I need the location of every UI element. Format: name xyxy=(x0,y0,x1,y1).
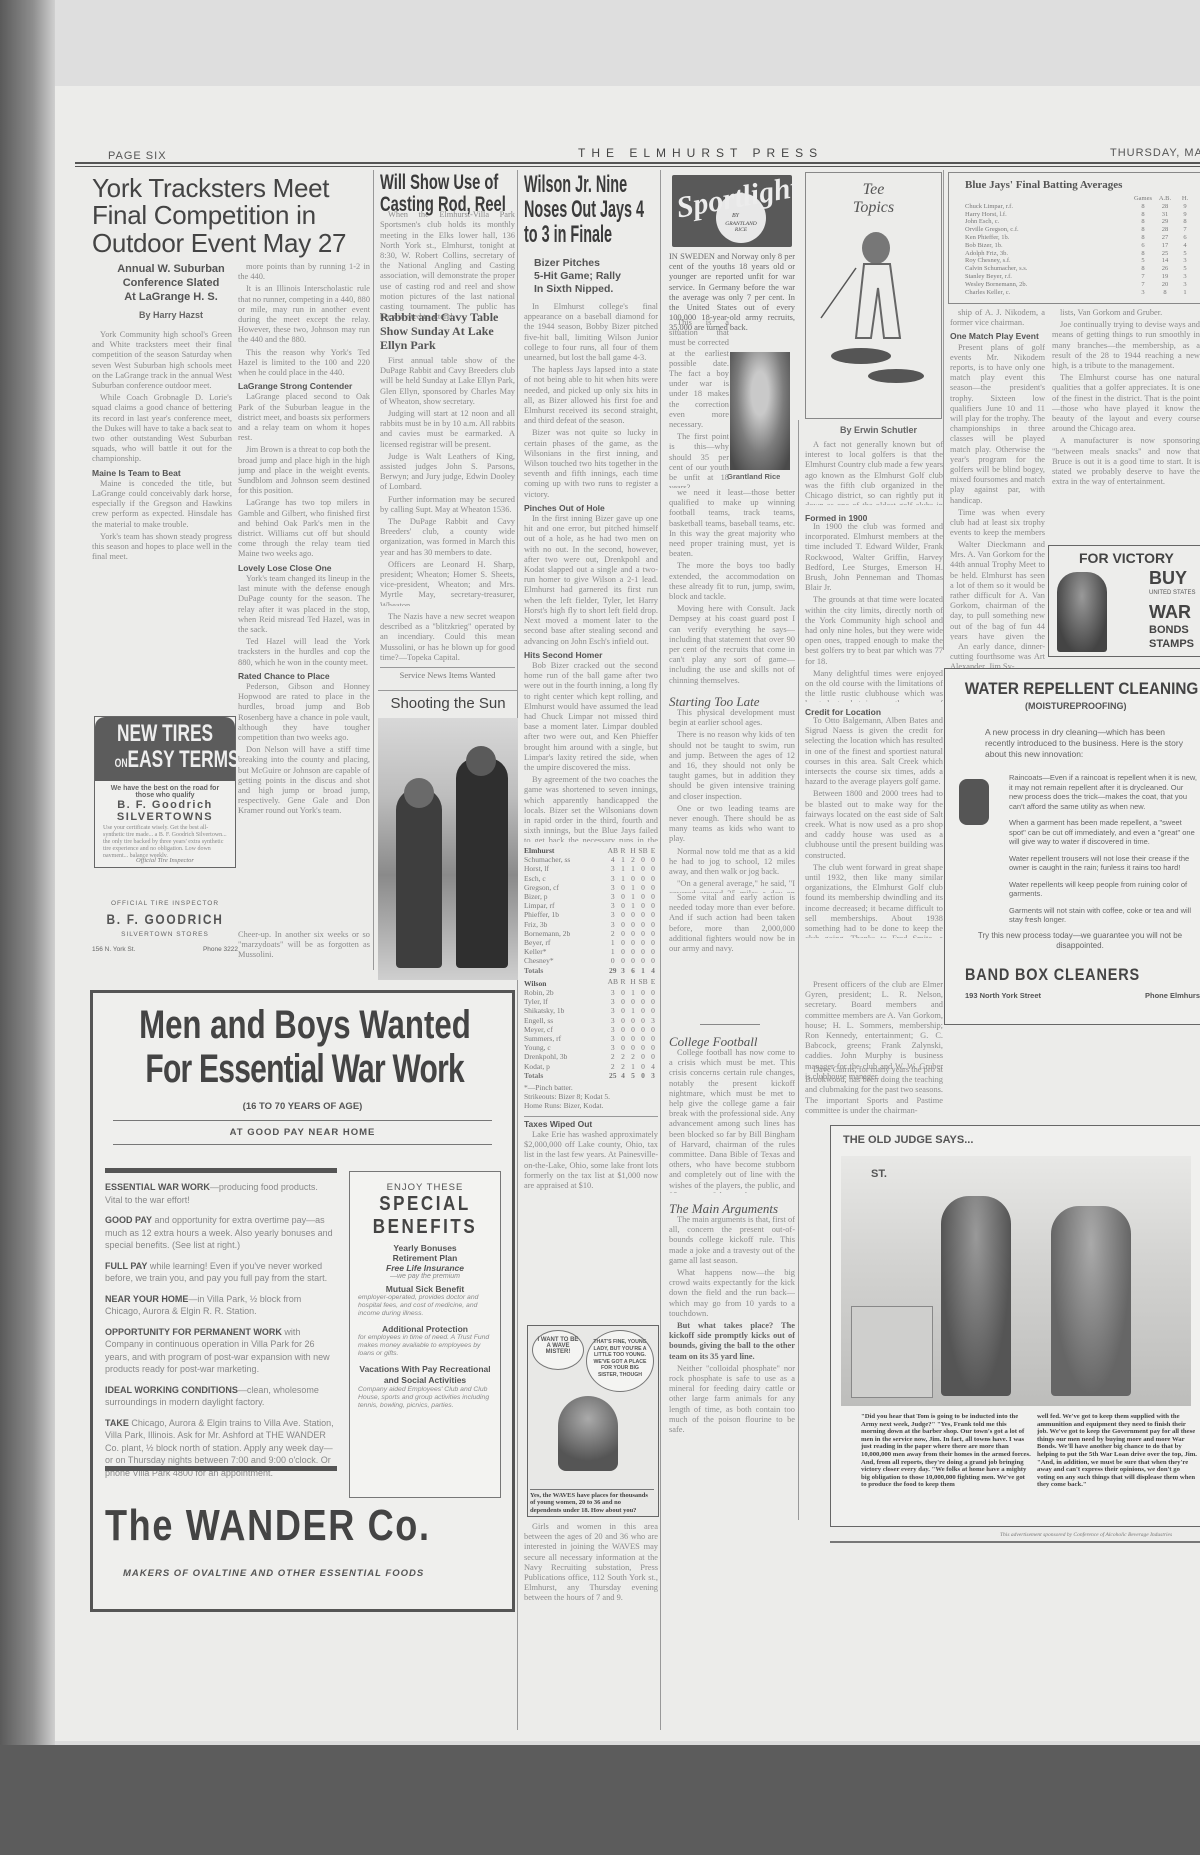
totals-label: Totals xyxy=(524,1071,608,1080)
stat-cell: 0 xyxy=(638,1006,648,1015)
old-judge-illustration: ST. xyxy=(841,1156,1191,1406)
player-name: Phieffer, 1b xyxy=(524,910,608,919)
old-judge-quote-right: well fed. We've got to keep them supplie… xyxy=(1037,1413,1197,1508)
minuteman-statue-icon xyxy=(1057,572,1107,652)
tee-title-2: Topics xyxy=(806,199,941,217)
player-name: Bob Bizer, 1b. xyxy=(965,242,1131,250)
waves-caption: Yes, the WAVES have places for thousands… xyxy=(530,1489,654,1515)
player-name: Drenkpohl, 3b xyxy=(524,1052,608,1061)
stat-cell: 0 xyxy=(638,1034,648,1043)
farmer-figure xyxy=(1051,1206,1131,1396)
old-judge-ad[interactable]: THE OLD JUDGE SAYS... ST. "Did you hear … xyxy=(830,1125,1200,1527)
stat-cell: 0 xyxy=(638,874,648,883)
issue-date: THURSDAY, MAY 25 xyxy=(1110,147,1200,159)
band-box-headline: WATER REPELLENT CLEANING xyxy=(945,669,1175,699)
figure-woman xyxy=(396,788,442,968)
baseball-body: In Elmhurst college's final appearance o… xyxy=(524,302,658,842)
player-name: Beyer, rf xyxy=(524,938,608,947)
stat-cell: 0 xyxy=(618,883,628,892)
player-name: Charles Keller, c. xyxy=(965,289,1131,297)
total: 0 xyxy=(638,1071,648,1080)
casting-headline: Will Show Use of Casting Rod, Reel xyxy=(380,172,513,216)
benefit-text: employer-operated, provides doctor and h… xyxy=(358,1294,492,1318)
bullet: Garments will not stain with coffee, cok… xyxy=(1009,906,1197,925)
stat-cell: 3 xyxy=(608,864,618,873)
sportlight-body: we need it least—those better qualified … xyxy=(669,488,795,688)
judge-figure xyxy=(941,1196,1011,1396)
stat-cell: 0 xyxy=(638,929,648,938)
stat-cell: 5 xyxy=(1175,265,1195,273)
stat-cell: 19 xyxy=(1155,273,1175,281)
stat-cell: 8 xyxy=(1131,218,1155,226)
band-box-name: BAND BOX CLEANERS xyxy=(965,965,1140,985)
stat-cell: 0 xyxy=(648,883,658,892)
column-rule xyxy=(373,170,374,970)
stat-cell: 3 xyxy=(608,988,618,997)
stat-cell: 0 xyxy=(628,1034,638,1043)
grantland-caption: Grantland Rice xyxy=(727,472,780,481)
page-folio: PAGE SIX xyxy=(108,150,167,162)
player-name: Horst, lf xyxy=(524,864,608,873)
wander-headline: Men and Boys Wanted For Essential War Wo… xyxy=(93,1003,512,1091)
stat-cell: 0 xyxy=(648,938,658,947)
stat-cell: 4 xyxy=(1175,242,1195,250)
point-lead: NEAR YOUR HOME xyxy=(105,1294,188,1304)
stat-cell: 0 xyxy=(618,988,628,997)
stat-cell: 6 xyxy=(1131,242,1155,250)
stat-cell: 2 xyxy=(618,1062,628,1071)
totals-label: Totals xyxy=(524,966,608,975)
tires-dealer: B. F. GOODRICH xyxy=(103,911,227,927)
speech-bubble: I WANT TO BE A WAVE MISTER! xyxy=(532,1330,584,1370)
stat-cell: 0 xyxy=(638,920,648,929)
player-name: Chesney* xyxy=(524,956,608,965)
table-row: Drenkpohl, 3b22200 xyxy=(524,1052,658,1061)
stat-cell: 17 xyxy=(1155,242,1175,250)
table-row: Bizer, p30100 xyxy=(524,892,658,901)
tires-phone: Phone 3222 xyxy=(203,946,238,953)
stat-cell: 9 xyxy=(1175,203,1195,211)
player-name: Orville Gregson, c.f. xyxy=(965,226,1131,234)
player-name: Bornemann, 2b xyxy=(524,929,608,938)
taxes-subhead: Taxes Wiped Out xyxy=(524,1116,658,1129)
box-score: Elmhurst AB R H SB E Schumacher, ss41200… xyxy=(524,846,658,1190)
stat-cell: 28 xyxy=(1155,203,1175,211)
col-head: R xyxy=(618,975,628,988)
subhead: Maine Is Team to Beat xyxy=(92,468,232,478)
table-row: Calvin Schumacher, s.s.8265 xyxy=(965,265,1195,273)
benefits-enjoy: ENJOY THESE xyxy=(350,1182,500,1193)
sportlight-body-5: The main arguments is that, first of all… xyxy=(669,1215,795,1470)
col-head: AB xyxy=(608,975,618,988)
filler-text: The Nazis have a new secret weapon descr… xyxy=(380,612,515,663)
track-byline: By Harry Hazst xyxy=(106,310,236,321)
stat-cell: 14 xyxy=(1155,257,1175,265)
stat-cell: 0 xyxy=(648,920,658,929)
wander-point: ESSENTIAL WAR WORK—producing food produc… xyxy=(105,1181,337,1206)
tee-body-3: To Otto Balgemann, Alben Bates and Sigru… xyxy=(805,716,943,938)
deck-line: 5-Hit Game; Rally xyxy=(534,270,658,283)
table-row: Robin, 2b30100 xyxy=(524,988,658,997)
bullet: Water repellents will keep people from r… xyxy=(1009,880,1197,899)
stat-cell: 0 xyxy=(628,938,638,947)
stat-cell: 3 xyxy=(608,1016,618,1025)
stat-cell: 0 xyxy=(618,929,628,938)
stat-cell: 9 xyxy=(1175,211,1195,219)
track-story: York Tracksters Meet Final Competition i… xyxy=(92,175,372,257)
casting-lead: When the Elmhurst-Villa Park Sportsmen's… xyxy=(380,210,515,322)
stat-cell: 7 xyxy=(1131,273,1155,281)
box-score-elmhurst: Elmhurst AB R H SB E Schumacher, ss41200… xyxy=(524,846,658,1080)
band-box-closing: Try this new process today—we guarantee … xyxy=(965,931,1195,951)
footnote: Home Runs: Bizer, Kodat. xyxy=(524,1101,658,1110)
total: 3 xyxy=(618,966,628,975)
scan-binding-edge xyxy=(0,0,55,1855)
stat-cell: 0 xyxy=(638,947,648,956)
table-row: Ken Phieffer, 1b.8276 xyxy=(965,234,1195,242)
table-row: Young, c30000 xyxy=(524,1043,658,1052)
player-name: Shikatsky, 1b xyxy=(524,1006,608,1015)
wander-headline-1: Men and Boys Wanted xyxy=(139,1003,466,1047)
stat-cell: 0 xyxy=(628,956,638,965)
stat-cell: 0 xyxy=(638,956,648,965)
player-name: John Esch, c. xyxy=(965,218,1131,226)
stat-cell: 27 xyxy=(1155,234,1175,242)
benefit-head: Vacations With Pay Recreational and Soci… xyxy=(358,1364,492,1386)
wander-points: ESSENTIAL WAR WORK—producing food produc… xyxy=(105,1181,337,1487)
stat-cell: 0 xyxy=(638,1016,648,1025)
point-lead: ESSENTIAL WAR WORK xyxy=(105,1182,210,1192)
figure-man xyxy=(456,758,508,968)
player-name: Roy Chesney, s.f. xyxy=(965,257,1131,265)
column-rule xyxy=(660,170,661,1730)
table-row: Horst, lf31100 xyxy=(524,864,658,873)
stat-cell: 3 xyxy=(608,901,618,910)
old-judge-sponsor: This advertisement sponsored by Conferen… xyxy=(1000,1532,1172,1538)
stat-cell: 0 xyxy=(638,997,648,1006)
band-box-phone: Phone Elmhurst xyxy=(1145,991,1200,1000)
col-head: E xyxy=(648,975,658,988)
benefit-text: for employees in time of need. A Trust F… xyxy=(358,1334,492,1358)
victory-line-6: STAMPS xyxy=(1149,638,1194,650)
col-head: H xyxy=(628,975,638,988)
stat-cell: 0 xyxy=(628,1025,638,1034)
street-sign: ST. xyxy=(871,1168,887,1180)
stat-cell: 20 xyxy=(1155,281,1175,289)
stat-cell: 0 xyxy=(648,855,658,864)
stat-cell: 0 xyxy=(648,997,658,1006)
stat-cell: 7 xyxy=(1175,226,1195,234)
pro-text: Dave Cairns, for many years the pro at B… xyxy=(805,1065,943,1116)
tires-ad-banner: NEW TIRES ONEASY TERMS xyxy=(95,717,235,781)
player-name: Kodat, p xyxy=(524,1062,608,1071)
stat-cell: 0 xyxy=(638,938,648,947)
stat-cell: 0 xyxy=(648,1043,658,1052)
stat-cell: 3 xyxy=(608,1025,618,1034)
stat-cell: 1 xyxy=(618,864,628,873)
benefit-text: —we pay the premium xyxy=(358,1273,492,1280)
table-row: Bornemann, 2b20000 xyxy=(524,929,658,938)
table-row: Phieffer, 1b30000 xyxy=(524,910,658,919)
table-row: Gregson, cf30100 xyxy=(524,883,658,892)
stat-cell: 0 xyxy=(628,997,638,1006)
sportlight-body-narrow: This is a situation that must be correct… xyxy=(669,318,729,488)
table-row: Wesley Bornemann, 2b.7203 xyxy=(965,281,1195,289)
player-name: Tyler, lf xyxy=(524,997,608,1006)
tires-signature: Official Tire Inspector xyxy=(95,857,235,864)
stat-cell: 0 xyxy=(618,892,628,901)
table-row: Meyer, cf30000 xyxy=(524,1025,658,1034)
speech-bubble: THAT'S FINE, YOUNG LADY, BUT YOU'RE A LI… xyxy=(586,1330,654,1392)
stat-cell: 1 xyxy=(628,988,638,997)
point-lead: FULL PAY xyxy=(105,1261,147,1271)
grantland-rice-photo xyxy=(730,352,790,470)
batting-table: Games A.B. H. Chuck Limpar, r.f.8289Harr… xyxy=(965,195,1195,296)
stat-cell: 3 xyxy=(608,1043,618,1052)
footnote: Strikeouts: Bizer 8; Kodat 5. xyxy=(524,1092,658,1101)
col-head: SB xyxy=(638,846,648,855)
table-row: Engell, ss30003 xyxy=(524,1016,658,1025)
stat-cell: 3 xyxy=(608,883,618,892)
tires-headline-2: ONEASY TERMS xyxy=(115,746,216,774)
column-rule xyxy=(798,420,799,1520)
stat-cell: 0 xyxy=(628,1043,638,1052)
subhead: Lovely Lose Close One xyxy=(238,563,370,573)
sportlight-body-2: This physical development must begin at … xyxy=(669,708,795,893)
golfer-illustration-icon xyxy=(816,228,931,398)
wander-ad[interactable]: Men and Boys Wanted For Essential War Wo… xyxy=(90,990,515,1612)
stat-cell: 5 xyxy=(1131,257,1155,265)
stat-cell: 0 xyxy=(638,1052,648,1061)
subhead: LaGrange Strong Contender xyxy=(238,381,370,391)
stat-cell: 3 xyxy=(1175,257,1195,265)
stat-cell: 0 xyxy=(638,1043,648,1052)
stat-cell: 3 xyxy=(608,874,618,883)
table-row: Keller*10000 xyxy=(524,947,658,956)
bottom-rule xyxy=(830,1541,1200,1543)
benefit-head: Yearly Bonuses xyxy=(358,1243,492,1253)
total: 3 xyxy=(648,1071,658,1080)
box-footnotes: *—Pinch batter. Strikeouts: Bizer 8; Kod… xyxy=(524,1083,658,1110)
stat-cell: 0 xyxy=(618,1043,628,1052)
stat-cell: 3 xyxy=(1175,281,1195,289)
table-row: Limpar, rf30100 xyxy=(524,901,658,910)
stat-cell: 0 xyxy=(628,929,638,938)
table-row: Schumacher, ss41200 xyxy=(524,855,658,864)
player-name: Friz, 3b xyxy=(524,920,608,929)
stat-cell: 1 xyxy=(608,938,618,947)
player-name: Wesley Bornemann, 2b. xyxy=(965,281,1131,289)
stat-cell: 8 xyxy=(1155,289,1175,297)
stat-cell: 1 xyxy=(628,864,638,873)
total: 5 xyxy=(628,1071,638,1080)
sportlight-by: BY xyxy=(732,213,739,219)
batting-averages-box: Blue Jays' Final Batting Averages Games … xyxy=(948,172,1200,304)
table-row: Shikatsky, 1b30100 xyxy=(524,1006,658,1015)
wander-tagline: MAKERS OF OVALTINE AND OTHER ESSENTIAL F… xyxy=(123,1568,424,1579)
col-head: AB xyxy=(608,846,618,855)
player-name: Esch, c xyxy=(524,874,608,883)
wander-point: IDEAL WORKING CONDITIONS—clean, wholesom… xyxy=(105,1384,337,1409)
stat-cell: 0 xyxy=(618,947,628,956)
stat-cell: 0 xyxy=(648,1052,658,1061)
stat-cell: 0 xyxy=(618,938,628,947)
band-box-sub: (MOISTUREPROOFING) xyxy=(945,699,1200,711)
band-box-address: 193 North York Street xyxy=(965,991,1041,1000)
tires-product: SILVERTOWNS xyxy=(95,811,235,823)
wander-headline-2: For Essential War Work xyxy=(145,1047,459,1091)
total: 4 xyxy=(618,1071,628,1080)
stat-cell: 8 xyxy=(1131,265,1155,273)
stat-cell: 0 xyxy=(638,901,648,910)
col-head: A.B. xyxy=(1155,195,1175,203)
cartoon-girl-figure xyxy=(558,1396,618,1471)
column-rule xyxy=(943,170,944,650)
player-name: Stanley Beyer, r.f. xyxy=(965,273,1131,281)
tires-body: Use your certificate wisely. Get the bes… xyxy=(95,823,235,857)
stat-cell: 0 xyxy=(648,988,658,997)
wander-bar xyxy=(105,1466,337,1471)
stat-cell: 3 xyxy=(648,1016,658,1025)
stat-cell: 2 xyxy=(628,1052,638,1061)
team-name: Elmhurst xyxy=(524,846,608,855)
table-row: Roy Chesney, s.f.5143 xyxy=(965,257,1195,265)
tee-body-1: A fact not generally known but of intere… xyxy=(805,440,943,505)
band-box-ad[interactable]: WATER REPELLENT CLEANING (MOISTUREPROOFI… xyxy=(944,668,1200,1025)
stat-cell: 1 xyxy=(628,901,638,910)
masthead-rule-thin xyxy=(75,166,1200,167)
stat-cell: 0 xyxy=(648,910,658,919)
stat-cell: 28 xyxy=(1155,226,1175,234)
tee-title-1: Tee xyxy=(806,181,941,199)
table-row: Bob Bizer, 1b.6174 xyxy=(965,242,1195,250)
subhead: One Match Play Event xyxy=(950,331,1045,341)
stat-cell: 7 xyxy=(1131,281,1155,289)
table-row: Friz, 3b30000 xyxy=(524,920,658,929)
stat-cell: 1 xyxy=(1175,289,1195,297)
stat-cell: 0 xyxy=(648,947,658,956)
masthead-rule xyxy=(75,162,1200,164)
stat-cell: 0 xyxy=(618,1006,628,1015)
stat-cell: 5 xyxy=(1175,250,1195,258)
col-head: SB xyxy=(638,975,648,988)
tires-on: ON xyxy=(115,756,128,770)
rabbit-story: Rabbit and Cavy Table Show Sunday At Lak… xyxy=(380,310,515,680)
benefits-box: ENJOY THESE SPECIAL BENEFITS Yearly Bonu… xyxy=(349,1171,501,1498)
benefit-head: Additional Protection xyxy=(358,1324,492,1334)
truck-sketch xyxy=(851,1306,933,1398)
tee-body-2: In 1900 the club was formed and incorpor… xyxy=(805,522,943,702)
tires-ad[interactable]: NEW TIRES ONEASY TERMS We have the best … xyxy=(94,716,236,868)
stat-cell: 2 xyxy=(608,1052,618,1061)
stat-cell: 3 xyxy=(1175,273,1195,281)
victory-line-2: BUY xyxy=(1149,568,1187,589)
stat-cell: 0 xyxy=(618,1034,628,1043)
stat-cell: 1 xyxy=(628,883,638,892)
benefits-list: Yearly Bonuses Retirement Plan Free Life… xyxy=(350,1239,500,1414)
golf-col-7: lists, Van Gorkom and Gruber. Joe contin… xyxy=(1052,308,1200,538)
stat-cell: 3 xyxy=(608,1034,618,1043)
stat-cell: 0 xyxy=(648,956,658,965)
stat-cell: 0 xyxy=(618,956,628,965)
player-name: Robin, 2b xyxy=(524,988,608,997)
stat-cell: 0 xyxy=(638,988,648,997)
stat-cell: 0 xyxy=(628,947,638,956)
waves-text: Girls and women in this area between the… xyxy=(524,1522,658,1604)
waves-cartoon: I WANT TO BE A WAVE MISTER! THAT'S FINE,… xyxy=(527,1325,659,1517)
stat-cell: 6 xyxy=(1175,234,1195,242)
total: 25 xyxy=(608,1071,618,1080)
player-name: Meyer, cf xyxy=(524,1025,608,1034)
total: 4 xyxy=(648,966,658,975)
stat-cell: 0 xyxy=(638,910,648,919)
tires-address: 156 N. York St. xyxy=(92,946,135,953)
wander-subheadline: AT GOOD PAY NEAR HOME xyxy=(113,1120,492,1145)
table-row: Harry Horst, l.f.8319 xyxy=(965,211,1195,219)
sportlight-body-3: Some vital and early action is needed to… xyxy=(669,893,795,1023)
subhead: Hits Second Homer xyxy=(524,650,658,660)
player-name: Schumacher, ss xyxy=(524,855,608,864)
player-name: Gregson, cf xyxy=(524,883,608,892)
victory-bonds-ad[interactable]: FOR VICTORY BUY UNITED STATES WAR BONDS … xyxy=(1048,545,1200,657)
bullet: When a garment has been made repellent, … xyxy=(1009,818,1197,847)
tires-contact: 156 N. York St. Phone 3222 xyxy=(92,946,238,953)
waves-body: Girls and women in this area between the… xyxy=(524,1522,658,1606)
stat-cell: 0 xyxy=(618,1025,628,1034)
player-name: Keller* xyxy=(524,947,608,956)
stat-cell: 31 xyxy=(1155,211,1175,219)
stat-cell: 1 xyxy=(618,874,628,883)
stat-cell: 0 xyxy=(618,910,628,919)
stat-cell: 3 xyxy=(1131,289,1155,297)
stat-cell: 0 xyxy=(608,956,618,965)
stat-cell: 3 xyxy=(608,997,618,1006)
stat-cell: 26 xyxy=(1155,265,1175,273)
tires-dealer-block: OFFICIAL TIRE INSPECTOR B. F. GOODRICH S… xyxy=(92,900,238,953)
stat-cell: 0 xyxy=(648,901,658,910)
footnote: *—Pinch batter. xyxy=(524,1083,658,1092)
service-news-line: Service News Items Wanted xyxy=(380,667,515,680)
stat-cell: 0 xyxy=(648,1006,658,1015)
point-lead: GOOD PAY xyxy=(105,1215,152,1225)
old-judge-title: THE OLD JUDGE SAYS... xyxy=(831,1126,1200,1146)
table-row: Chesney*00000 xyxy=(524,956,658,965)
casting-lead-text: When the Elmhurst-Villa Park Sportsmen's… xyxy=(380,210,515,322)
player-name: Limpar, rf xyxy=(524,901,608,910)
golf-col-6: ship of A. J. Nikodem, a former vice cha… xyxy=(950,308,1045,538)
player-name: Engell, ss xyxy=(524,1016,608,1025)
point-lead: IDEAL WORKING CONDITIONS xyxy=(105,1385,238,1395)
page-top-margin xyxy=(52,0,1200,86)
deck-line: Conference Slated xyxy=(106,277,236,291)
wander-point: GOOD PAY and opportunity for extra overt… xyxy=(105,1214,337,1252)
table-row: Stanley Beyer, r.f.7193 xyxy=(965,273,1195,281)
wander-point: NEAR YOUR HOME—in Villa Park, ½ block fr… xyxy=(105,1293,337,1318)
stat-cell: 0 xyxy=(628,920,638,929)
stat-cell: 1 xyxy=(628,1006,638,1015)
stat-cell: 0 xyxy=(648,1025,658,1034)
divider xyxy=(700,1024,760,1025)
point-lead: TAKE xyxy=(105,1418,129,1428)
wander-company: The WANDER Co. xyxy=(105,1501,431,1551)
table-row: John Esch, c.8298 xyxy=(965,218,1195,226)
baseball-headline: Wilson Jr. Nine Noses Out Jays 4 to 3 in… xyxy=(524,172,659,248)
stat-cell: 8 xyxy=(1131,234,1155,242)
table-row: Summers, rf30000 xyxy=(524,1034,658,1043)
sportlight-body-4: College football has now come to a crisi… xyxy=(669,1048,795,1193)
wander-point: OPPORTUNITY FOR PERMANENT WORK with Comp… xyxy=(105,1326,337,1376)
benefit-head: Retirement Plan xyxy=(358,1253,492,1263)
